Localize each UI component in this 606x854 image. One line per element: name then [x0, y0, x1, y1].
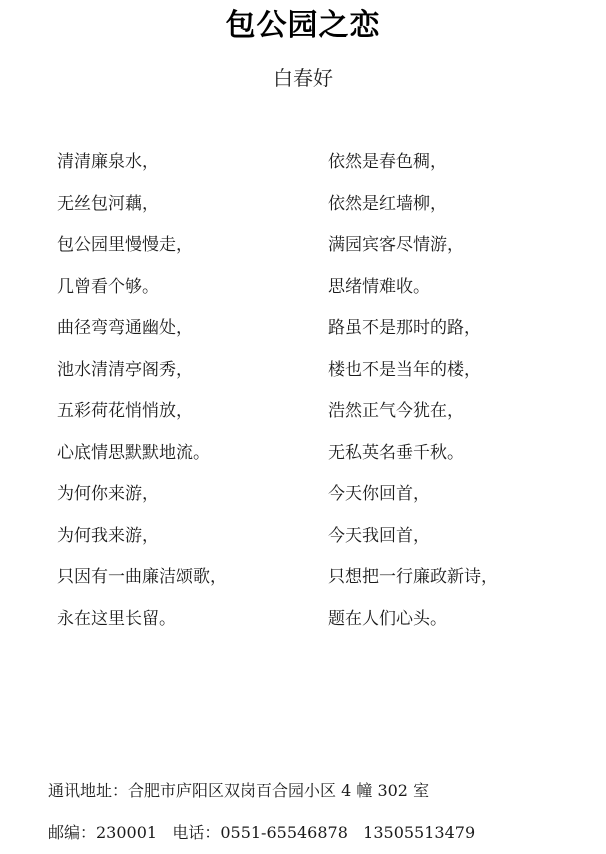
poem-line: 曲径弯弯通幽处， [57, 318, 227, 338]
poem-line: 心底情思默默地流。 [57, 443, 227, 463]
poem-line: 无丝包河藕， [57, 194, 227, 214]
poem-line: 思绪情难收。 [328, 277, 498, 297]
poem-line: 只因有一曲廉洁颂歌， [57, 567, 227, 587]
poem-line: 楼也不是当年的楼， [328, 360, 498, 380]
poem-line: 路虽不是那时的路， [328, 318, 498, 338]
poem-line: 包公园里慢慢走， [57, 235, 227, 255]
poem-line: 今天我回首， [328, 526, 498, 546]
poem-line: 永在这里长留。 [57, 609, 227, 629]
poem-line: 只想把一行廉政新诗， [328, 567, 498, 587]
poem-title: 包公园之恋 [0, 6, 606, 46]
poem-line: 题在人们心头。 [328, 609, 498, 629]
poem-line: 五彩荷花悄悄放， [57, 401, 227, 421]
poem-line: 无私英名垂千秋。 [328, 443, 498, 463]
footer-address: 通讯地址：合肥市庐阳区双岗百合园小区 4 幢 302 室 [48, 781, 429, 801]
poem-left-column: 清清廉泉水， 无丝包河藕， 包公园里慢慢走， 几曾看个够。 曲径弯弯通幽处， 池… [57, 152, 227, 650]
poem-line: 满园宾客尽情游， [328, 235, 498, 255]
poem-author: 白春好 [0, 64, 606, 92]
poem-line: 为何你来游， [57, 484, 227, 504]
poem-line: 几曾看个够。 [57, 277, 227, 297]
poem-line: 池水清清亭阁秀， [57, 360, 227, 380]
poem-line: 依然是春色稠， [328, 152, 498, 172]
poem-line: 浩然正气今犹在， [328, 401, 498, 421]
poem-line: 今天你回首， [328, 484, 498, 504]
poem-line: 依然是红墙柳， [328, 194, 498, 214]
poem-line: 为何我来游， [57, 526, 227, 546]
poem-line: 清清廉泉水， [57, 152, 227, 172]
footer-contact: 邮编：230001 电话：0551-65546878 13505513479 [48, 823, 475, 843]
poem-right-column: 依然是春色稠， 依然是红墙柳， 满园宾客尽情游， 思绪情难收。 路虽不是那时的路… [328, 152, 498, 650]
